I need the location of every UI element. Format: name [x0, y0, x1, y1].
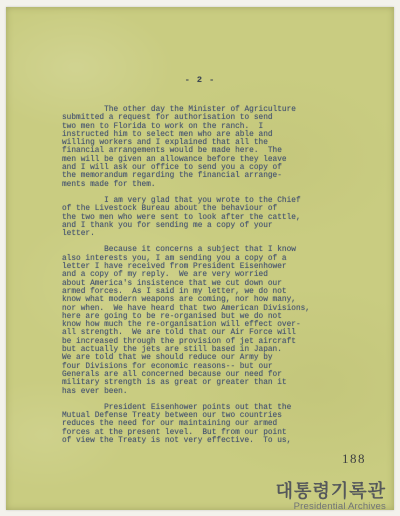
archive-page-number-stamp: 188 — [342, 451, 366, 467]
presidential-archives-watermark: 대통령기록관 Presidential Archives — [276, 481, 386, 512]
paper-sheet: - 2 - The other day the Minister of Agri… — [6, 7, 394, 510]
letter-paragraph-2: I am very glad that you wrote to the Chi… — [62, 197, 320, 238]
page-number-header: - 2 - — [6, 75, 394, 85]
letter-body: The other day the Minister of Agricultur… — [62, 106, 320, 453]
letter-paragraph-1: The other day the Minister of Agricultur… — [62, 106, 320, 189]
letter-paragraph-4: President Eisenhower points out that the… — [62, 404, 320, 445]
scanned-letter-page: - 2 - The other day the Minister of Agri… — [0, 0, 400, 516]
watermark-english-text: Presidential Archives — [276, 501, 386, 512]
watermark-korean-text: 대통령기록관 — [276, 481, 386, 501]
letter-paragraph-3: Because it concerns a subject that I kno… — [62, 246, 320, 395]
